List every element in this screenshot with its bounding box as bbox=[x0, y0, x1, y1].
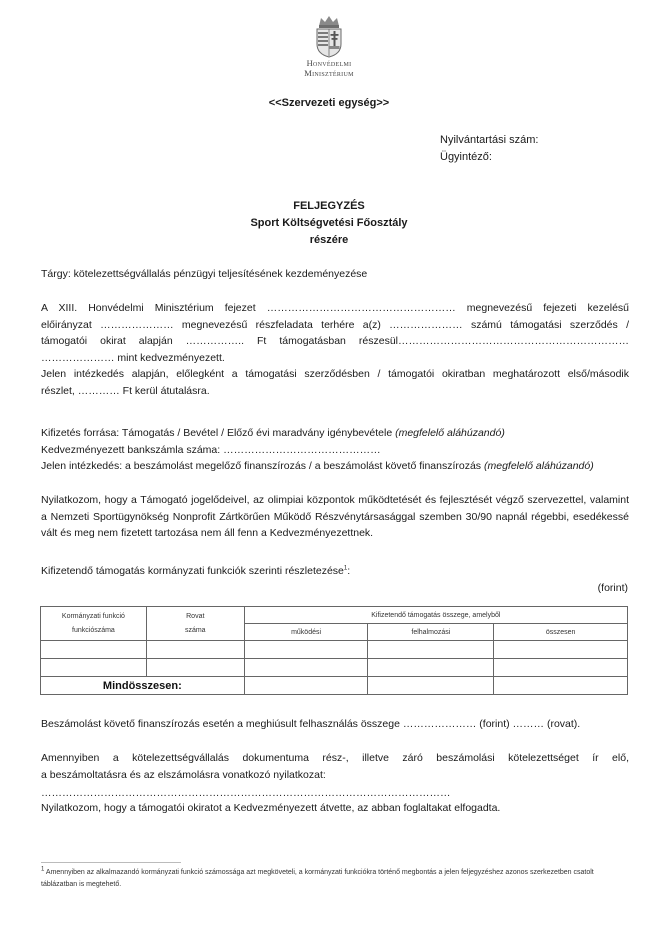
header-total: összesen bbox=[494, 624, 628, 641]
main-paragraph-line: Jelen intézkedés alapján, előlegként a t… bbox=[41, 366, 629, 383]
table-row bbox=[41, 641, 628, 659]
payment-details: Kifizetés forrása: Támogatás / Bevétel /… bbox=[41, 425, 629, 475]
footnote: 1 Amennyiben az alkalmazandó kormányzati… bbox=[41, 867, 631, 891]
funding-source-text: Kifizetés forrása: Támogatás / Bevétel /… bbox=[41, 427, 395, 439]
reporting-line-2: a beszámoltatásra és az elszámolásra von… bbox=[41, 767, 629, 784]
cell-item-number[interactable] bbox=[146, 659, 244, 677]
declaration-acceptance: Nyilatkozom, hogy a támogatói okiratot a… bbox=[41, 800, 629, 817]
reporting-block: Amennyiben a kötelezettségvállalás dokum… bbox=[41, 750, 629, 817]
cell-function-number[interactable] bbox=[41, 659, 147, 677]
reporting-line-1: Amennyiben a kötelezettségvállalás dokum… bbox=[41, 750, 629, 767]
ministry-name-line1: Honvédelmi bbox=[279, 58, 379, 68]
main-paragraph-line: ………………… mint kedvezményezett. bbox=[41, 350, 629, 367]
breakdown-intro: Kifizetendő támogatás kormányzati funkci… bbox=[41, 563, 629, 580]
registry-block: Nyilvántartási szám: Ügyintéző: bbox=[440, 132, 538, 166]
header-function-number: Kormányzati funkció funkciószáma bbox=[41, 607, 147, 641]
total-sum[interactable] bbox=[494, 677, 628, 695]
table-total-row: Mindösszesen: bbox=[41, 677, 628, 695]
main-paragraph-line: támogatói okirat alapján …………….. Ft támo… bbox=[41, 333, 629, 350]
total-operating[interactable] bbox=[244, 677, 368, 695]
cell-total[interactable] bbox=[494, 659, 628, 677]
header-function-number-line2: funkciószáma bbox=[41, 624, 146, 638]
total-capital[interactable] bbox=[368, 677, 494, 695]
bank-account-line: Kedvezményezett bankszámla száma: ………………… bbox=[41, 442, 629, 459]
currency-unit: (forint) bbox=[41, 580, 628, 597]
header-item-number-line2: száma bbox=[147, 624, 244, 638]
main-paragraph-line: előirányzat ………………… megnevezésű részfela… bbox=[41, 317, 629, 334]
ministry-name: Honvédelmi Minisztérium bbox=[279, 58, 379, 78]
cell-function-number[interactable] bbox=[41, 641, 147, 659]
header-amount-group: Kifizetendő támogatás összege, amelyből bbox=[244, 607, 627, 624]
table-row bbox=[41, 659, 628, 677]
header-item-number-line1: Rovat bbox=[147, 610, 244, 624]
footnote-divider bbox=[41, 862, 181, 863]
cell-operating[interactable] bbox=[244, 641, 368, 659]
measure-line: Jelen intézkedés: a beszámolást megelőző… bbox=[41, 458, 629, 475]
title-line-3: részére bbox=[0, 232, 658, 249]
subject-line: Tárgy: kötelezettségvállalás pénzügyi te… bbox=[41, 266, 629, 283]
org-unit-placeholder: <<Szervezeti egység>> bbox=[0, 97, 658, 109]
funding-source-line: Kifizetés forrása: Támogatás / Bevétel /… bbox=[41, 425, 629, 442]
cell-capital[interactable] bbox=[368, 659, 494, 677]
footnote-text: Amennyiben az alkalmazandó kormányzati f… bbox=[41, 869, 594, 888]
ministry-name-line2: Minisztérium bbox=[279, 68, 379, 78]
case-officer-label: Ügyintéző: bbox=[440, 149, 538, 166]
document-title: FELJEGYZÉS Sport Költségvetési Főosztály… bbox=[0, 198, 658, 249]
cell-operating[interactable] bbox=[244, 659, 368, 677]
header-operating: működési bbox=[244, 624, 368, 641]
hungarian-coat-of-arms-icon bbox=[309, 14, 349, 58]
funding-source-note: (megfelelő aláhúzandó) bbox=[395, 427, 505, 439]
breakdown-intro-text: Kifizetendő támogatás kormányzati funkci… bbox=[41, 565, 344, 577]
failed-use-line: Beszámolást követő finanszírozás esetén … bbox=[41, 716, 629, 733]
header-item-number: Rovat száma bbox=[146, 607, 244, 641]
main-paragraph-line: A XIII. Honvédelmi Minisztérium fejezet … bbox=[41, 300, 629, 317]
funding-breakdown-table: Kormányzati funkció funkciószáma Rovat s… bbox=[40, 606, 628, 695]
cell-total[interactable] bbox=[494, 641, 628, 659]
registry-number-label: Nyilvántartási szám: bbox=[440, 132, 538, 149]
title-line-1: FELJEGYZÉS bbox=[0, 198, 658, 215]
main-paragraph-line: részlet, ………… Ft kerül átutalásra. bbox=[41, 383, 629, 400]
reporting-blank: ……………………………………………………………………………………………………… bbox=[41, 786, 629, 800]
footnote-marker: 1 bbox=[41, 867, 44, 873]
header-function-number-line1: Kormányzati funkció bbox=[41, 610, 146, 624]
table-header-row: Kormányzati funkció funkciószáma Rovat s… bbox=[41, 607, 628, 624]
measure-text: Jelen intézkedés: a beszámolást megelőző… bbox=[41, 460, 484, 472]
title-line-2: Sport Költségvetési Főosztály bbox=[0, 215, 658, 232]
cell-capital[interactable] bbox=[368, 641, 494, 659]
breakdown-intro-colon: : bbox=[347, 565, 350, 577]
total-label: Mindösszesen: bbox=[41, 677, 245, 695]
main-paragraph: A XIII. Honvédelmi Minisztérium fejezet … bbox=[41, 300, 629, 399]
declaration-debts: Nyilatkozom, hogy a Támogató jogelődeive… bbox=[41, 492, 629, 542]
header-capital: felhalmozási bbox=[368, 624, 494, 641]
measure-note: (megfelelő aláhúzandó) bbox=[484, 460, 594, 472]
cell-item-number[interactable] bbox=[146, 641, 244, 659]
